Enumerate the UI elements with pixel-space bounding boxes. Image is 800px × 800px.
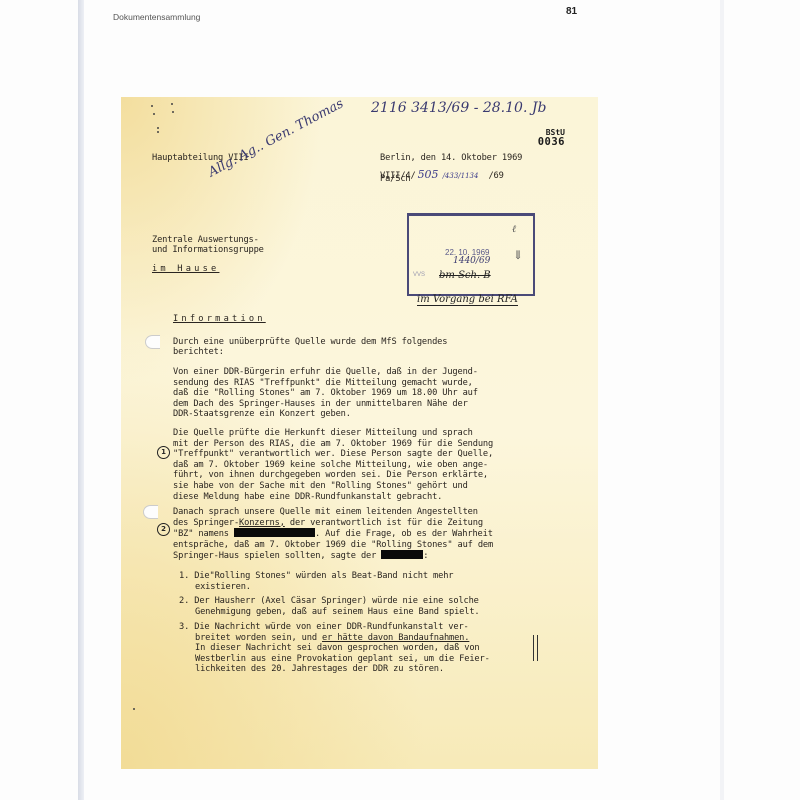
document-heading: Information	[173, 314, 266, 325]
speck	[157, 127, 159, 129]
paragraph-line: entspräche, daß am 7. Oktober 1969 die "…	[173, 540, 493, 551]
punch-hole	[143, 505, 158, 519]
paragraph-line: "Treffpunkt" verantwortlich wer. Diese P…	[173, 449, 493, 460]
margin-number-1: 1	[157, 446, 170, 459]
redaction-bar	[234, 528, 315, 537]
stamp-initials: bm Sch. B	[439, 270, 491, 281]
text-run: breitet worden sein, und	[195, 633, 322, 643]
list-item-3: 3. Die Nachricht würde von einer DDR-Run…	[179, 622, 490, 675]
reference-extra: /433/1134	[443, 172, 479, 180]
book-binding-edge	[78, 0, 84, 800]
recipient-line-2: und Informationsgruppe	[152, 245, 264, 256]
paragraph-line: des Springer-Konzerns, der verantwortlic…	[173, 518, 493, 529]
paragraph-line: sie habe von der Sache mit den "Rolling …	[173, 481, 493, 492]
intro-line-1: Durch eine unüberprüfte Quelle wurde dem…	[173, 337, 447, 348]
speck	[133, 708, 135, 710]
list-line: 2. Der Hausherr (Axel Cäsar Springer) wü…	[179, 596, 480, 607]
paragraph-line: daß am 7. Oktober 1969 keine solche Mitt…	[173, 460, 493, 471]
reference-number: 505	[418, 168, 439, 181]
page-number: 81	[566, 6, 577, 17]
text-run: :	[423, 551, 428, 561]
margin-mark	[533, 635, 538, 661]
list-line: breitet worden sein, und er hätte davon …	[179, 633, 490, 644]
paragraph-line: "BZ" namens . Auf die Frage, ob es der W…	[173, 528, 493, 540]
paragraph-line: Danach sprach unsere Quelle mit einem le…	[173, 507, 493, 518]
text-run: des Springer-	[173, 518, 239, 528]
archive-annotation: 2116 3413/69 - 28.10. Jb	[371, 100, 546, 116]
margin-number-2: 2	[157, 523, 170, 536]
speck	[157, 131, 159, 133]
underlined-text: Konzerns,	[239, 518, 285, 528]
stamp-number: 1440/69	[453, 256, 490, 266]
speck	[151, 105, 153, 107]
paragraph-line: Springer-Haus spielen sollten, sagte der…	[173, 550, 493, 562]
paragraph-line: Die Quelle prüfte die Herkunft dieser Mi…	[173, 428, 493, 439]
reference-suffix: /69	[488, 171, 503, 181]
handwritten-routing: im Vorgang bei RFA	[417, 294, 518, 306]
running-head: Dokumentensammlung	[113, 12, 200, 22]
paragraph-1: Von einer DDR-Bürgerin erfuhr die Quelle…	[173, 367, 478, 420]
initials: Pa/Sch	[380, 174, 410, 185]
bstu-number: 0036	[513, 137, 565, 148]
speck	[153, 113, 155, 115]
handwritten-signature-note: Allg. Ag.. Gen. Thomas	[206, 96, 346, 180]
text-run: Springer-Haus spielen sollten, sagte der	[173, 551, 381, 561]
paragraph-line: daß die "Rolling Stones" am 7. Oktober 1…	[173, 388, 478, 399]
recipient-location: im Hause	[152, 264, 219, 275]
list-number: 3.	[179, 622, 189, 632]
paragraph-line: führt, von ihnen durchgegeben worden sei…	[173, 470, 493, 481]
punch-hole	[145, 335, 160, 349]
list-number: 1.	[179, 571, 189, 581]
list-line: 1. Die"Rolling Stones" würden als Beat-B…	[179, 571, 453, 582]
list-item-2: 2. Der Hausherr (Axel Cäsar Springer) wü…	[179, 596, 480, 617]
list-line: 3. Die Nachricht würde von einer DDR-Run…	[179, 622, 490, 633]
paragraph-line: sendung des RIAS "Treffpunkt" die Mittei…	[173, 378, 478, 389]
stamp-mark: ℓ	[512, 224, 516, 235]
list-line: lichkeiten des 20. Jahrestages der DDR z…	[179, 664, 490, 675]
text-run: Die"Rolling Stones" würden als Beat-Band…	[194, 571, 453, 581]
text-run: der verantwortlich ist für die Zeitung	[285, 518, 483, 528]
paragraph-line: mit der Person des RIAS, die am 7. Oktob…	[173, 439, 493, 450]
speck	[171, 103, 173, 105]
paragraph-line: DDR-Staatsgrenze ein Konzert geben.	[173, 409, 478, 420]
text-run: "BZ" namens	[173, 529, 234, 539]
intro-line-2: berichtet:	[173, 347, 224, 358]
document-scan: 2116 3413/69 - 28.10. Jb BStU 0036 Haupt…	[121, 97, 598, 769]
paragraph-line: diese Meldung habe eine DDR-Rundfunkanst…	[173, 492, 493, 503]
list-item-1: 1. Die"Rolling Stones" würden als Beat-B…	[179, 571, 453, 592]
bstu-stamp: BStU 0036	[513, 128, 565, 148]
stamp-label: VVS	[413, 272, 425, 278]
receipt-stamp: 22. 10. 1969 1440/69 VVS bm Sch. B ℓ ⇓	[407, 213, 535, 296]
text-run: . Auf die Frage, ob es der Wahrheit	[315, 529, 493, 539]
recipient-line-1: Zentrale Auswertungs-	[152, 235, 259, 246]
paragraph-3: Danach sprach unsere Quelle mit einem le…	[173, 507, 493, 562]
place-date: Berlin, den 14. Oktober 1969	[380, 153, 522, 164]
list-line: existieren.	[179, 582, 453, 593]
paragraph-line: Von einer DDR-Bürgerin erfuhr die Quelle…	[173, 367, 478, 378]
stamp-arrow-icon: ⇓	[513, 248, 523, 262]
list-line: In dieser Nachricht sei davon gesprochen…	[179, 643, 490, 654]
paragraph-2: Die Quelle prüfte die Herkunft dieser Mi…	[173, 428, 493, 502]
list-line: Westberlin aus eine Provokation geplant …	[179, 654, 490, 665]
underlined-text: er hätte davon Bandaufnahmen.	[322, 633, 469, 643]
page-edge	[720, 0, 724, 800]
speck	[172, 111, 174, 113]
text-run: Die Nachricht würde von einer DDR-Rundfu…	[194, 622, 468, 632]
paragraph-line: dem Dach des Springer-Hauses in der unmi…	[173, 399, 478, 410]
list-number: 2.	[179, 596, 189, 606]
text-run: Der Hausherr (Axel Cäsar Springer) würde…	[194, 596, 479, 606]
redaction-bar	[381, 550, 423, 559]
list-line: Genehmigung geben, daß auf seinem Haus e…	[179, 607, 480, 618]
